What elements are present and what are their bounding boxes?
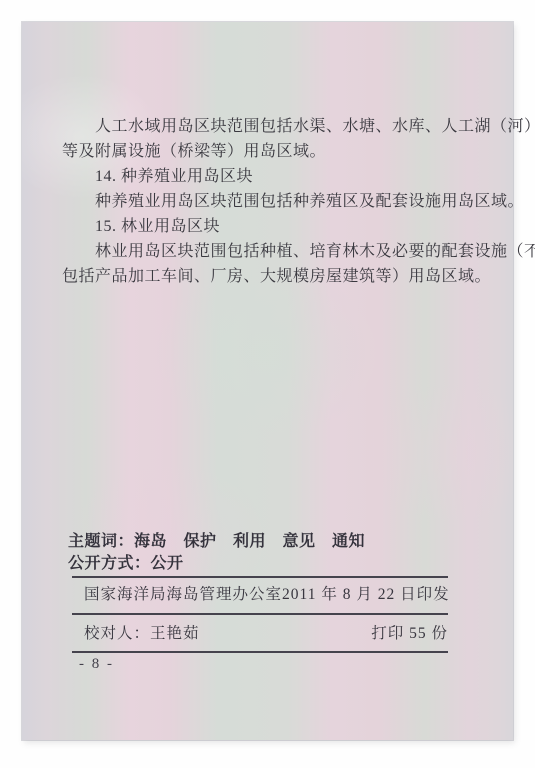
issue-date: 2011 年 8 月 22 日印发 xyxy=(282,584,450,606)
body-line: 人工水域用岛区块范围包括水渠、水塘、水库、人工湖（河） xyxy=(62,114,502,139)
subject-label: 主题词： xyxy=(68,533,134,550)
scan-background: 人工水域用岛区块范围包括水渠、水塘、水库、人工湖（河） 等及附属设施（桥梁等）用… xyxy=(0,0,535,768)
disclosure-value: 公开 xyxy=(151,555,184,572)
body-line: 等及附属设施（桥梁等）用岛区域。 xyxy=(62,139,502,164)
disclosure-row: 公开方式：公开 xyxy=(68,550,488,573)
body-line-item-14: 14. 种养殖业用岛区块 xyxy=(62,164,502,189)
disclosure-label: 公开方式： xyxy=(68,555,151,572)
body-line: 种养殖业用岛区块范围包括种养殖区及配套设施用岛区域。 xyxy=(62,189,502,214)
document-page: 人工水域用岛区块范围包括水渠、水塘、水库、人工湖（河） 等及附属设施（桥梁等）用… xyxy=(22,22,513,740)
proofreader-row: 校对人：王艳茹 打印 55 份 xyxy=(84,623,448,645)
print-count: 打印 55 份 xyxy=(371,623,448,645)
body-line: 包括产品加工车间、厂房、大规模房屋建筑等）用岛区域。 xyxy=(62,264,502,289)
divider-line-middle xyxy=(72,613,448,615)
document-body: 人工水域用岛区块范围包括水渠、水塘、水库、人工湖（河） 等及附属设施（桥梁等）用… xyxy=(62,114,502,289)
proofreader-name: 王艳茹 xyxy=(150,625,200,642)
divider-line-bottom xyxy=(72,651,448,653)
page-number: - 8 - xyxy=(79,656,114,673)
proofreader-label: 校对人： xyxy=(84,625,150,642)
body-line-item-15: 15. 林业用岛区块 xyxy=(62,214,502,239)
proofreader: 校对人：王艳茹 xyxy=(84,623,200,645)
body-line: 林业用岛区块范围包括种植、培育林木及必要的配套设施（不 xyxy=(62,239,502,264)
issuing-office: 国家海洋局海岛管理办公室 xyxy=(84,584,282,606)
subject-terms: 海岛 保护 利用 意见 通知 xyxy=(134,533,365,550)
colophon-row: 国家海洋局海岛管理办公室 2011 年 8 月 22 日印发 xyxy=(84,584,448,606)
subject-terms-row: 主题词：海岛 保护 利用 意见 通知 xyxy=(68,528,488,551)
divider-line-top xyxy=(72,576,448,578)
